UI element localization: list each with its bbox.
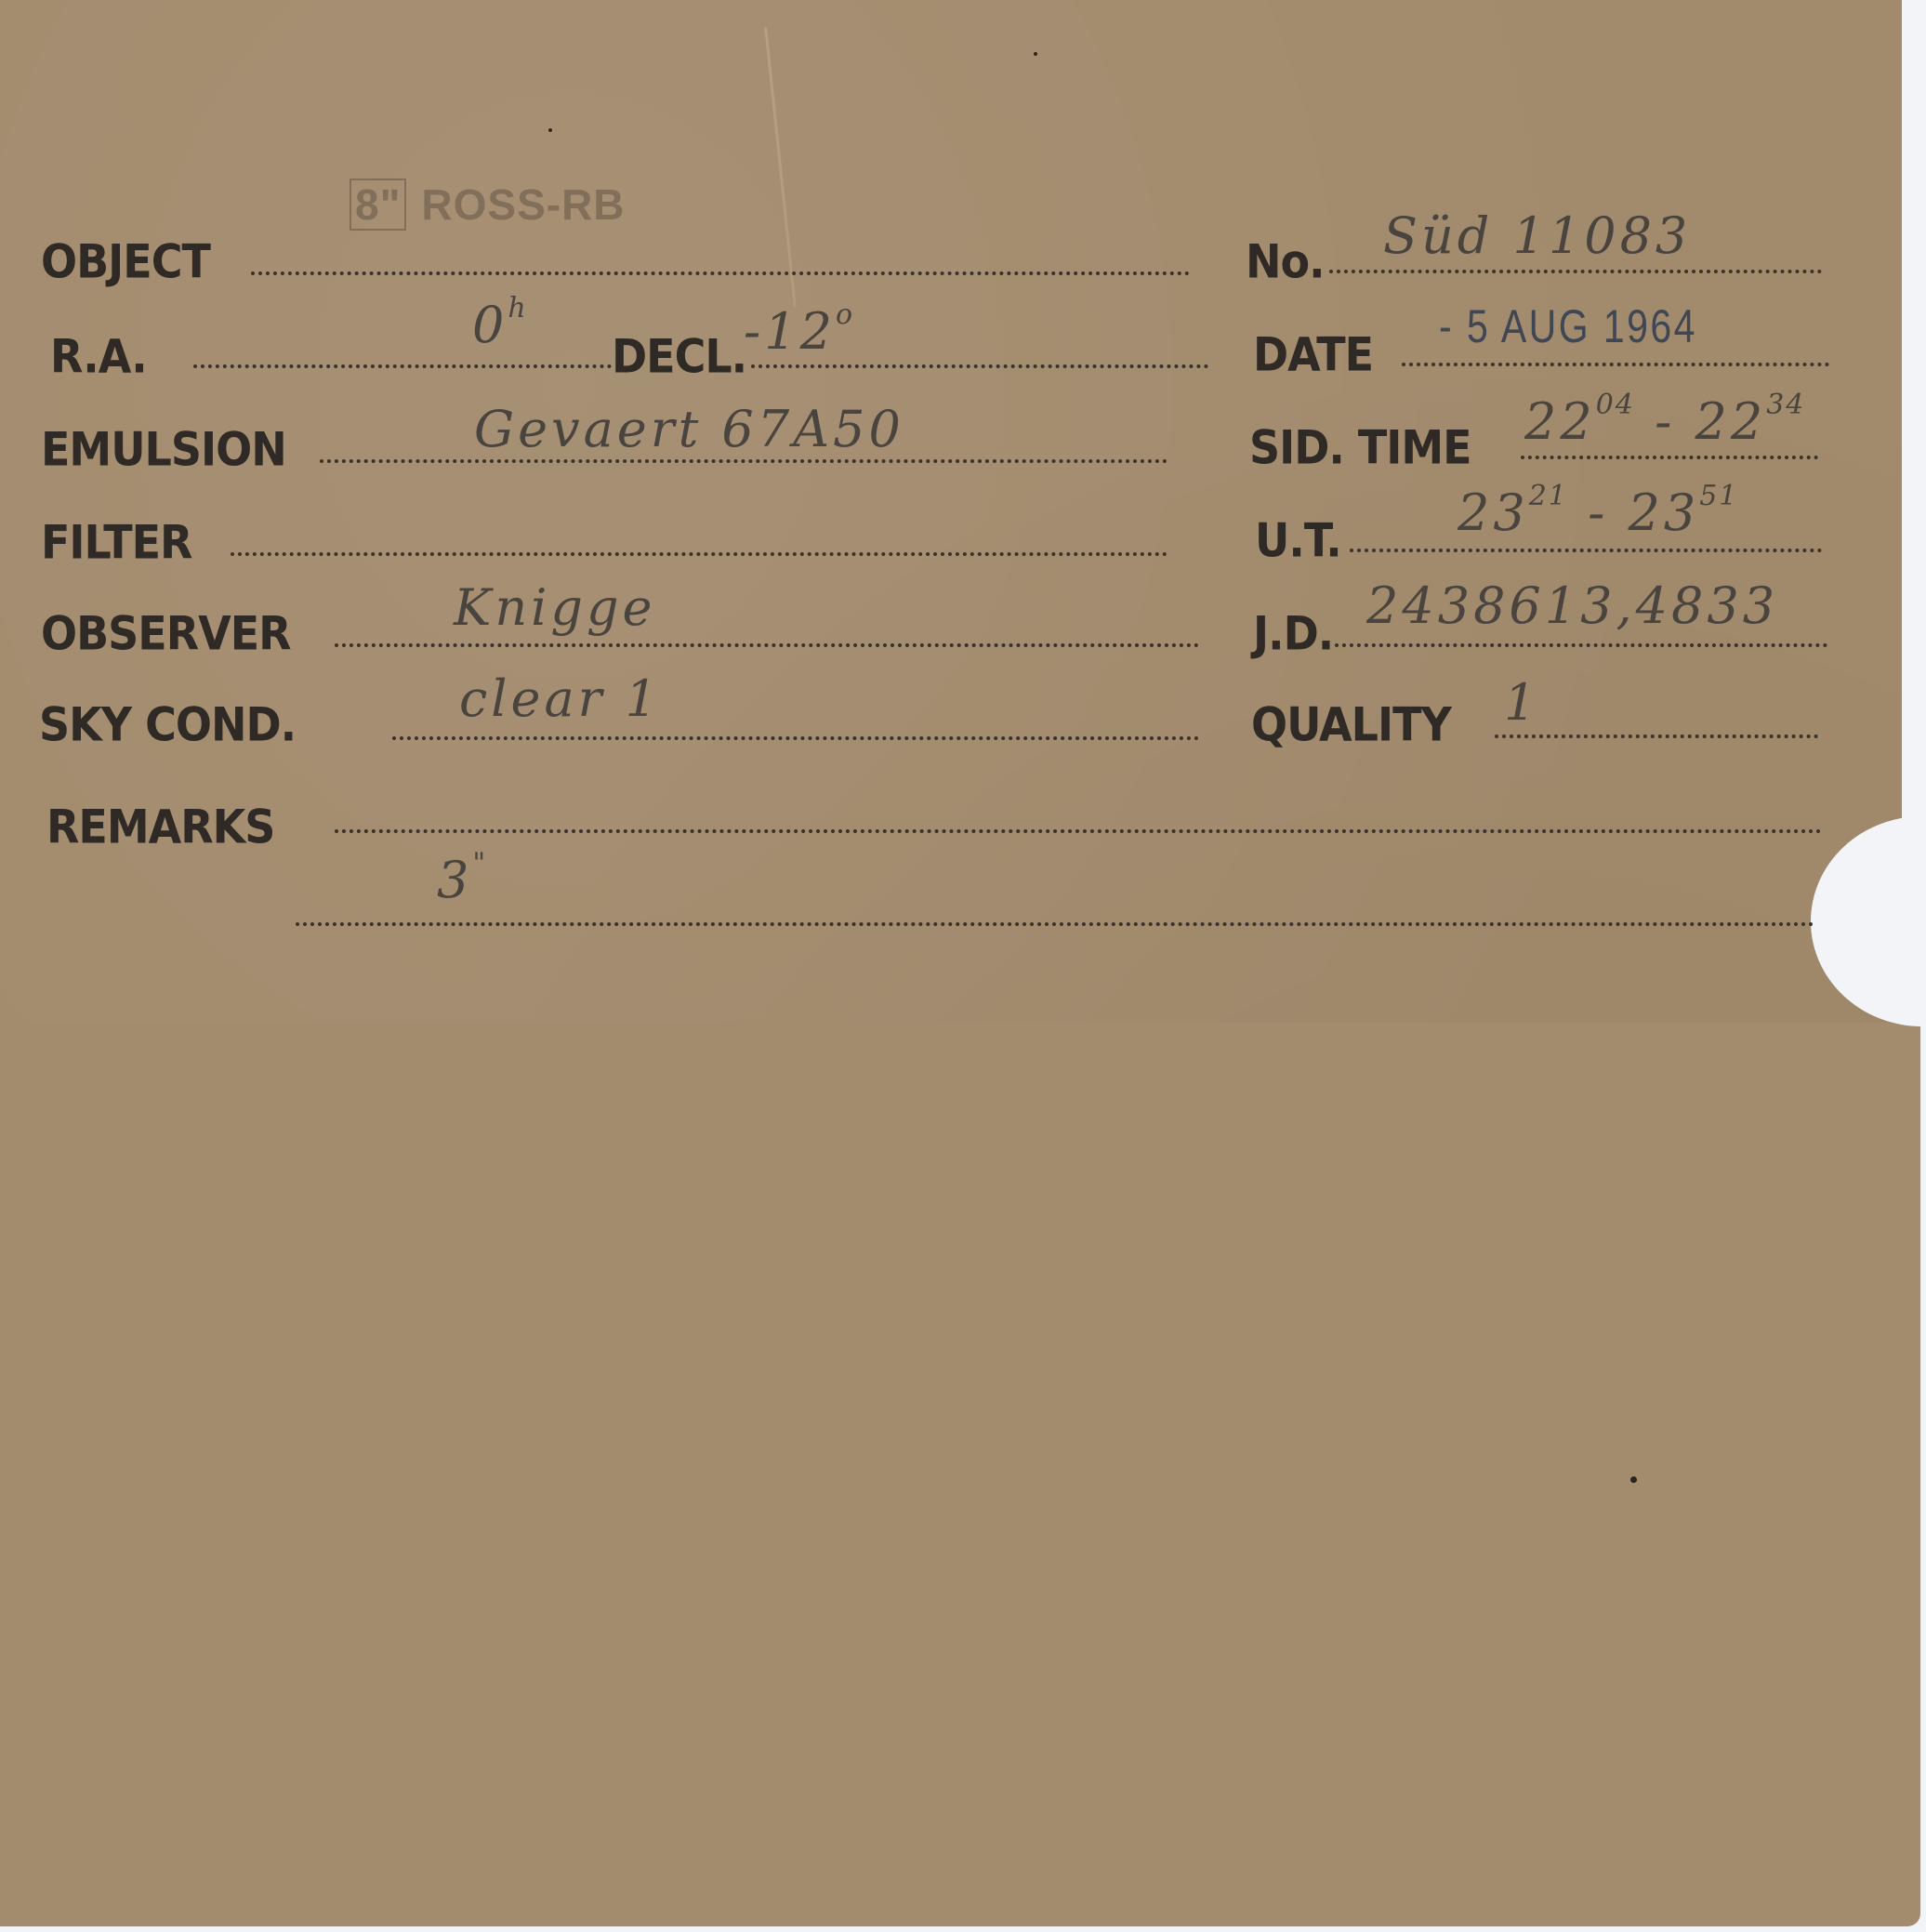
label-decl: DECL. bbox=[612, 329, 746, 383]
field-observer[interactable] bbox=[335, 643, 1199, 647]
label-quality: QUALITY bbox=[1251, 697, 1451, 751]
label-sky-cond: SKY COND. bbox=[39, 697, 296, 751]
field-remarks-line1[interactable] bbox=[335, 829, 1822, 833]
value-ut: 2321 - 2351 bbox=[1458, 483, 1738, 542]
label-ut: U.T. bbox=[1255, 513, 1341, 567]
paper-speck bbox=[1630, 1476, 1637, 1483]
field-ut[interactable] bbox=[1350, 549, 1822, 552]
value-no: Süd 11083 bbox=[1383, 206, 1691, 265]
stamp-size: 8" bbox=[350, 179, 406, 231]
label-emulsion: EMULSION bbox=[41, 422, 286, 476]
value-quality: 1 bbox=[1504, 673, 1539, 732]
field-jd[interactable] bbox=[1335, 643, 1827, 647]
paper-speck bbox=[548, 128, 552, 132]
value-sid-time: 2204 - 2234 bbox=[1524, 392, 1805, 451]
label-date: DATE bbox=[1253, 327, 1373, 381]
field-remarks-line2[interactable] bbox=[296, 922, 1814, 926]
value-jd: 2438613,4833 bbox=[1366, 576, 1778, 635]
plate-envelope-lower bbox=[0, 1023, 1920, 1926]
field-sky-cond[interactable] bbox=[392, 736, 1199, 740]
field-quality[interactable] bbox=[1495, 734, 1818, 738]
field-date[interactable] bbox=[1402, 363, 1829, 366]
label-no: No. bbox=[1246, 234, 1325, 288]
value-emulsion: Gevaert 67A50 bbox=[474, 400, 904, 458]
label-remarks: REMARKS bbox=[46, 800, 274, 854]
value-sky-cond: clear 1 bbox=[459, 669, 661, 728]
value-ra: 0h bbox=[472, 296, 528, 354]
field-filter[interactable] bbox=[231, 552, 1167, 556]
field-ra[interactable] bbox=[193, 364, 612, 368]
value-date: - 5 AUG 1964 bbox=[1439, 299, 1697, 353]
field-sid-time[interactable] bbox=[1521, 456, 1818, 459]
field-no[interactable] bbox=[1329, 270, 1822, 273]
field-emulsion[interactable] bbox=[320, 459, 1167, 463]
value-remarks: 3" bbox=[437, 851, 487, 909]
label-observer: OBSERVER bbox=[41, 606, 291, 660]
label-object: OBJECT bbox=[41, 234, 210, 288]
field-object[interactable] bbox=[251, 271, 1190, 275]
value-observer: Knigge bbox=[454, 578, 655, 637]
label-sid-time: SID. TIME bbox=[1249, 420, 1471, 474]
value-decl: -12o bbox=[744, 302, 854, 361]
label-filter: FILTER bbox=[41, 515, 191, 569]
stamp-text: ROSS-RB bbox=[421, 180, 625, 229]
telescope-stamp: 8"ROSS-RB bbox=[350, 179, 626, 230]
field-decl[interactable] bbox=[751, 364, 1208, 368]
paper-speck bbox=[1034, 52, 1037, 56]
label-jd: J.D. bbox=[1253, 606, 1333, 660]
label-ra: R.A. bbox=[50, 329, 147, 383]
